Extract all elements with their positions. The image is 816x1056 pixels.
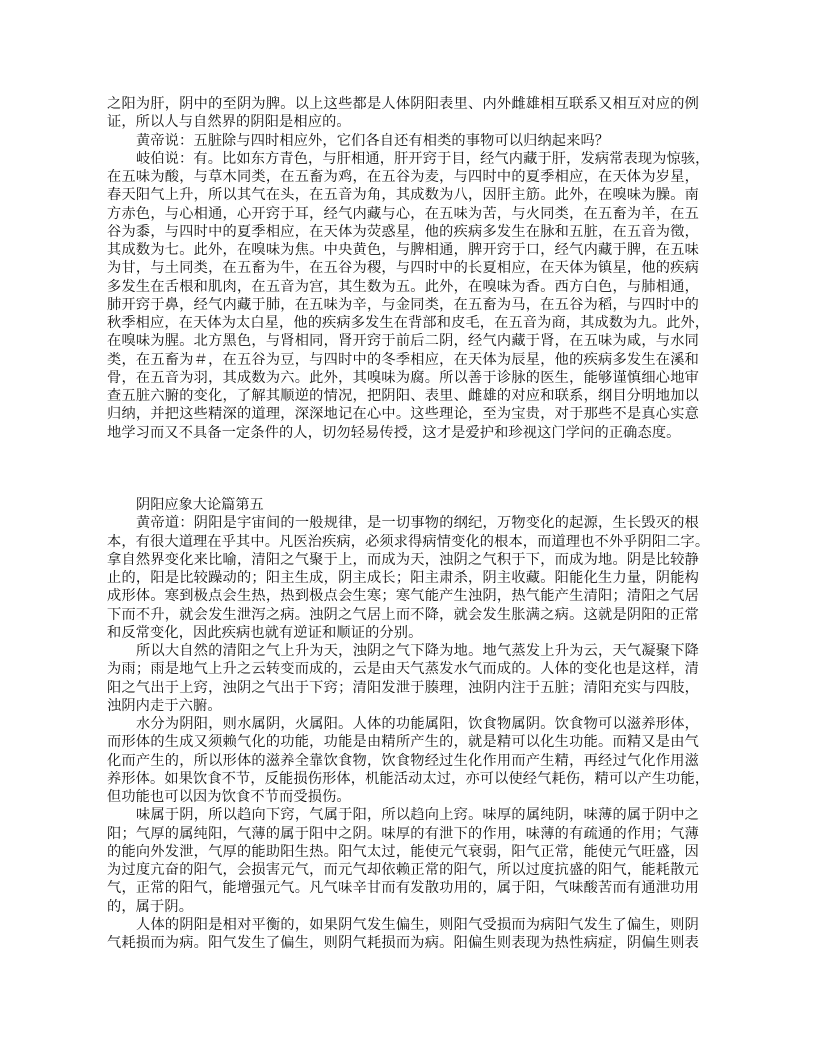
- document-page: 之阳为肝，阴中的至阴为脾。以上这些都是人体阴阳表里、内外雌雄相互联系又相互对应的…: [0, 0, 816, 1056]
- section-yinyang-chapter-5: 阴阳应象大论篇第五 黄帝道：阴阳是宇宙间的一般规律，是一切事物的纲纪，万物变化的…: [107, 496, 699, 952]
- text-line: 谷为黍，与四时中的夏季相应，在天体为荧惑星，他的疾病多发生在脉和五脏，在五音为徵…: [107, 223, 699, 241]
- text-line: 和反常变化，因此疾病也就有逆证和顺证的分别。: [107, 624, 699, 642]
- text-line: 其成数为七。此外，在嗅味为焦。中央黄色，与脾相通，脾开窍于口，经气内藏于脾，在五…: [107, 241, 699, 259]
- text-line: 化而产生的，所以形体的滋养全靠饮食物，饮食物经过生化作用而产生精，再经过气化作用…: [107, 752, 699, 770]
- text-line: 岐伯说：有。比如东方青色，与肝相通，肝开窍于目，经气内藏于肝，发病常表现为惊骇，: [107, 150, 699, 168]
- text-line: 浊阴内走于六腑。: [107, 697, 699, 715]
- text-line: 类，在五畜为＃，在五谷为豆，与四时中的冬季相应，在天体为辰星，他的疾病多发生在溪…: [107, 351, 699, 369]
- text-line: 秋季相应，在天体为太白星，他的疾病多发生在背部和皮毛，在五音为商，其成数为九。此…: [107, 314, 699, 332]
- text-line: 为过度亢奋的阳气，会损害元气，而元气却依赖正常的阳气，所以过度抗盛的阳气，能耗散…: [107, 861, 699, 879]
- text-line: 味属于阴，所以趋向下窍，气属于阳，所以趋向上窍。味厚的属纯阴，味薄的属于阴中之: [107, 806, 699, 824]
- text-line: 气耗损而为病。阳气发生了偏生，则阴气耗损而为病。阳偏生则表现为热性病症，阴偏生则…: [107, 934, 699, 952]
- text-line: 拿自然界变化来比喻，清阳之气聚于上，而成为天，浊阴之气积于下，而成为地。阴是比较…: [107, 551, 699, 569]
- text-line: 证，所以人与自然界的阴阳是相应的。: [107, 113, 699, 131]
- text-line: 阳；气厚的属纯阳，气薄的属于阳中之阴。味厚的有泄下的作用，味薄的有疏通的作用；气…: [107, 825, 699, 843]
- text-line: 肺开窍于鼻，经气内藏于肺，在五味为辛，与金同类，在五畜为马，在五谷为稻，与四时中…: [107, 296, 699, 314]
- text-line: 黄帝说：五脏除与四时相应外，它们各自还有相类的事物可以归纳起来吗？: [107, 132, 699, 150]
- text-line: 在嗅味为腥。北方黑色，与肾相同，肾开窍于前后二阴，经气内藏于肾，在五味为咸，与水…: [107, 332, 699, 350]
- text-line: 为甘，与土同类，在五畜为牛，在五谷为稷，与四时中的长夏相应，在天体为镇星，他的疾…: [107, 259, 699, 277]
- text-line: 查五脏六腑的变化，了解其顺逆的情况，把阴阳、表里、雌雄的对应和联系，纲目分明地加…: [107, 387, 699, 405]
- text-line: 多发生在舌根和肌肉，在五音为宫，其生数为五。此外，在嗅味为香。西方白色，与肺相通…: [107, 278, 699, 296]
- text-line: 的，属于阴。: [107, 898, 699, 916]
- text-line: 但功能也可以因为饮食不节而受损伤。: [107, 788, 699, 806]
- text-line: 之阳为肝，阴中的至阴为脾。以上这些都是人体阴阳表里、内外雌雄相互联系又相互对应的…: [107, 95, 699, 113]
- text-line: 阳之气出于上窍，浊阴之气出于下窍；清阳发泄于腠理，浊阴内注于五脏；清阳充实与四肢…: [107, 679, 699, 697]
- text-line: 春天阳气上升，所以其气在头，在五音为角，其成数为八，因肝主筋。此外，在嗅味为臊。…: [107, 186, 699, 204]
- text-line: 人体的阴阳是相对平衡的，如果阴气发生偏生，则阳气受损而为病阳气发生了偏生，则阴: [107, 916, 699, 934]
- text-line: 方赤色，与心相通，心开窍于耳，经气内藏与心，在五味为苦，与火同类，在五畜为羊，在…: [107, 205, 699, 223]
- chapter-title: 阴阳应象大论篇第五: [107, 496, 699, 514]
- text-line: 成形体。寒到极点会生热，热到极点会生寒；寒气能产生浊阴，热气能产生清阳；清阳之气…: [107, 587, 699, 605]
- text-line: 黄帝道：阴阳是宇宙间的一般规律，是一切事物的纲纪，万物变化的起源，生长毁灭的根: [107, 514, 699, 532]
- section-continuation: 之阳为肝，阴中的至阴为脾。以上这些都是人体阴阳表里、内外雌雄相互联系又相互对应的…: [107, 95, 699, 442]
- text-line: 养形体。如果饮食不节，反能损伤形体，机能活动太过，亦可以使经气耗伤，精可以产生功…: [107, 770, 699, 788]
- text-line: 为雨；雨是地气上升之云转变而成的，云是由天气蒸发水气而成的。人体的变化也是这样，…: [107, 660, 699, 678]
- text-line: 归纳，并把这些精深的道理，深深地记在心中。这些理论，至为宝贵，对于那些不是真心实…: [107, 405, 699, 423]
- text-line: 的能向外发泄，气厚的能助阳生热。阳气太过，能使元气衰弱，阳气正常，能使元气旺盛，…: [107, 843, 699, 861]
- text-line: 水分为阴阳，则水属阴，火属阳。人体的功能属阳，饮食物属阴。饮食物可以滋养形体，: [107, 715, 699, 733]
- text-line: 所以大自然的清阳之气上升为天，浊阴之气下降为地。地气蒸发上升为云，天气凝聚下降: [107, 642, 699, 660]
- text-line: 而形体的生成又须赖气化的功能，功能是由精所产生的，就是精可以化生功能。而精又是由…: [107, 733, 699, 751]
- text-line: 地学习而又不具备一定条件的人，切勿轻易传授，这才是爱护和珍视这门学问的正确态度。: [107, 424, 699, 442]
- text-line: 下而不升，就会发生泄泻之病。浊阴之气居上而不降，就会发生胀满之病。这就是阴阳的正…: [107, 606, 699, 624]
- text-line: 本，有很大道理在乎其中。凡医治疾病，必须求得病情变化的根本，而道理也不外乎阴阳二…: [107, 533, 699, 551]
- text-line: 骨，在五音为羽，其成数为六。此外，其嗅味为腐。所以善于诊脉的医生，能够谨慎细心地…: [107, 369, 699, 387]
- text-line: 气，正常的阳气，能增强元气。凡气味辛甘而有发散功用的，属于阳，气味酸苦而有通泄功…: [107, 879, 699, 897]
- text-line: 止的，阳是比较躁动的；阳主生成，阴主成长；阳主肃杀，阴主收藏。阳能化生力量，阴能…: [107, 569, 699, 587]
- text-line: 在五味为酸，与草木同类，在五畜为鸡，在五谷为麦，与四时中的夏季相应，在天体为岁星…: [107, 168, 699, 186]
